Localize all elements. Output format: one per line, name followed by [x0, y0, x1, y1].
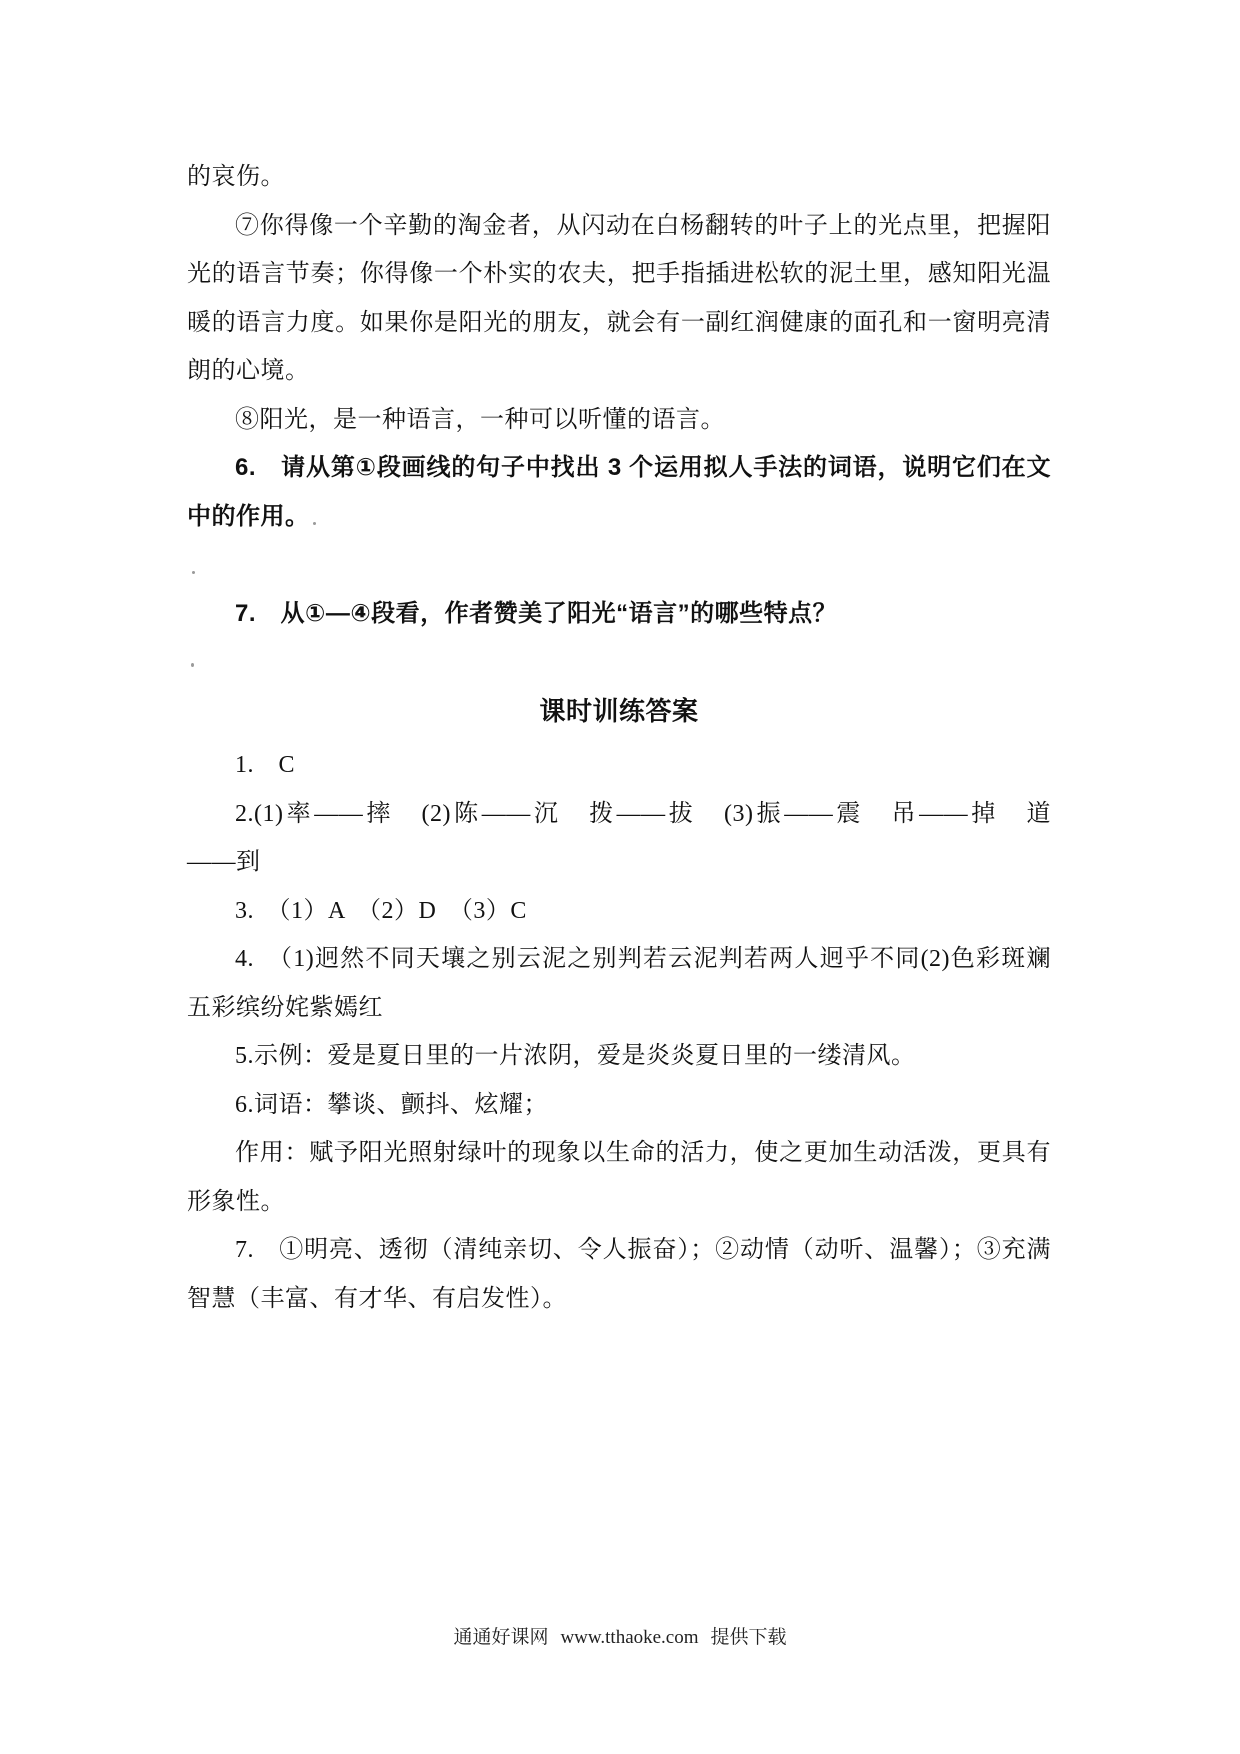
answer-3: 3. （1）A （2）D （3）C	[187, 887, 1051, 936]
passage-paragraph-8: ⑧阳光，是一种语言，一种可以听懂的语言。	[187, 396, 1051, 445]
scan-speck	[191, 663, 194, 667]
answer-6-function: 作用：赋予阳光照射绿叶的现象以生命的活力，使之更加生动活泼，更具有形象性。	[187, 1129, 1051, 1226]
passage-paragraph-7: ⑦你得像一个辛勤的淘金者，从闪动在白杨翻转的叶子上的光点里，把握阳光的语言节奏；…	[187, 202, 1051, 396]
passage-continuation-line: 的哀伤。	[187, 153, 1051, 202]
scan-speck	[697, 618, 700, 621]
scan-speck	[313, 522, 316, 525]
answer-7: 7. ①明亮、透彻（清纯亲切、令人振奋）；②动情（动听、温馨）；③充满智慧（丰富…	[187, 1226, 1051, 1323]
answer-1: 1. C	[187, 741, 1051, 790]
question-7: 7. 从①—④段看，作者赞美了阳光“语言”的哪些特点？	[187, 590, 1051, 639]
scan-speck	[192, 571, 195, 574]
answers-section-heading: 课时训练答案	[187, 687, 1051, 736]
answer-2-line-1: 2.(1)率——摔 (2)陈——沉 拨——拔 (3)振——震 吊——掉 道	[187, 790, 1051, 839]
answer-2-line-2: ——到	[187, 838, 1051, 887]
worksheet-content: 的哀伤。 ⑦你得像一个辛勤的淘金者，从闪动在白杨翻转的叶子上的光点里，把握阳光的…	[187, 153, 1051, 1323]
footer-site-name: 通通好课网	[453, 1627, 548, 1648]
answer-5: 5.示例：爱是夏日里的一片浓阴，爱是炎炎夏日里的一缕清风。	[187, 1032, 1051, 1081]
footer-url: www.tthaoke.com	[560, 1627, 698, 1648]
footer-note: 提供下载	[711, 1627, 787, 1648]
question-6: 6. 请从第①段画线的句子中找出 3 个运用拟人手法的词语，说明它们在文中的作用…	[187, 444, 1051, 541]
page-footer: 通通好课网www.tthaoke.com提供下载	[0, 1626, 1240, 1650]
answer-4: 4. （1)迥然不同天壤之别云泥之别判若云泥判若两人迥乎不同(2)色彩斑斓五彩缤…	[187, 935, 1051, 1032]
answer-6-words: 6.词语：攀谈、颤抖、炫耀；	[187, 1081, 1051, 1130]
